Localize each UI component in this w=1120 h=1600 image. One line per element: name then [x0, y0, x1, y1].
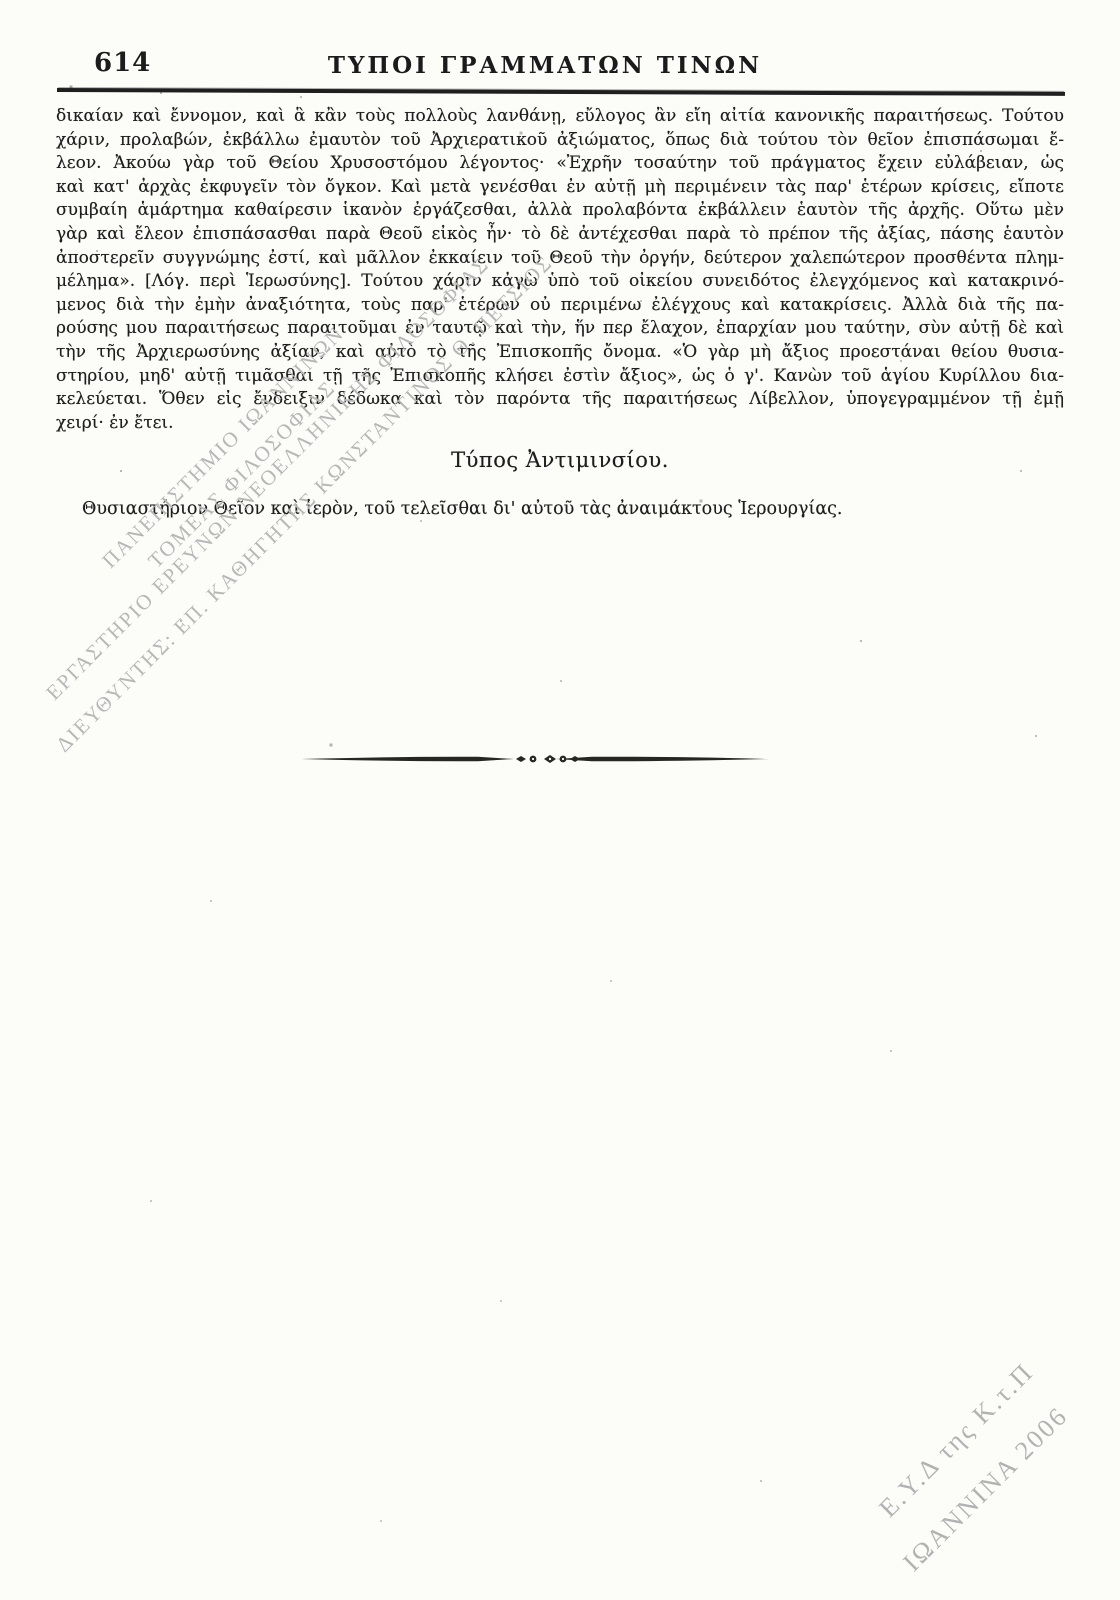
text-line: δικαίαν καὶ ἔννομον, καὶ ἃ κἂν τοὺς πολλ… — [56, 105, 1064, 129]
header-rule — [57, 88, 1065, 96]
text-line: χειρί· ἐν ἔτει. — [56, 412, 1064, 436]
text-line: καὶ κατ' ἀρχὰς ἐκφυγεῖν τὸν ὄγκον. Καὶ μ… — [56, 176, 1064, 200]
text-line: τὴν τῆς Ἀρχιερωσύνης ἀξίαν, καὶ αὐτὸ τὸ … — [56, 341, 1064, 365]
scan-speckles — [0, 0, 2, 2]
text-line: συμβαίη ἁμάρτημα καθαίρεσιν ἱκανὸν ἐργάζ… — [56, 199, 1064, 223]
text-line: στηρίου, μηδ' αὐτῇ τιμᾶσθαι τῇ τῆς Ἐπισκ… — [56, 365, 1064, 389]
text-line: ἀποστερεῖν συγγνώμης ἐστί, καὶ μᾶλλον ἐκ… — [56, 247, 1064, 271]
text-line: γὰρ καὶ ἔλεον ἐπισπάσασθαι παρὰ Θεοῦ εἰκ… — [56, 223, 1064, 247]
text-line: μενος διὰ τὴν ἐμὴν ἀναξιότητα, τοὺς παρ'… — [56, 294, 1064, 318]
text-line: ρούσης μου παραιτήσεως παραιτοῦμαι ἐν τα… — [56, 317, 1064, 341]
text-line: χάριν, προλαβών, ἐκβάλλω ἐμαυτὸν τοῦ Ἀρχ… — [56, 129, 1064, 153]
divider-ornament — [300, 750, 770, 768]
scanned-page: 614 ΤΥΠΟΙ ΓΡΑΜΜΑΤΩΝ ΤΙΝΩΝ δικαίαν καὶ ἔν… — [0, 0, 1120, 1600]
running-header: ΤΥΠΟΙ ΓΡΑΜΜΑΤΩΝ ΤΙΝΩΝ — [0, 52, 1090, 79]
text-line: κελεύεται. Ὅθεν εἰς ἔνδειξιν δέδωκα καὶ … — [56, 388, 1064, 412]
text-line: λεον. Ἀκούω γὰρ τοῦ Θείου Χρυσοστόμου λέ… — [56, 152, 1064, 176]
text-line: μέλημα». [Λόγ. περὶ Ἱερωσύνης]. Τούτου χ… — [56, 270, 1064, 294]
